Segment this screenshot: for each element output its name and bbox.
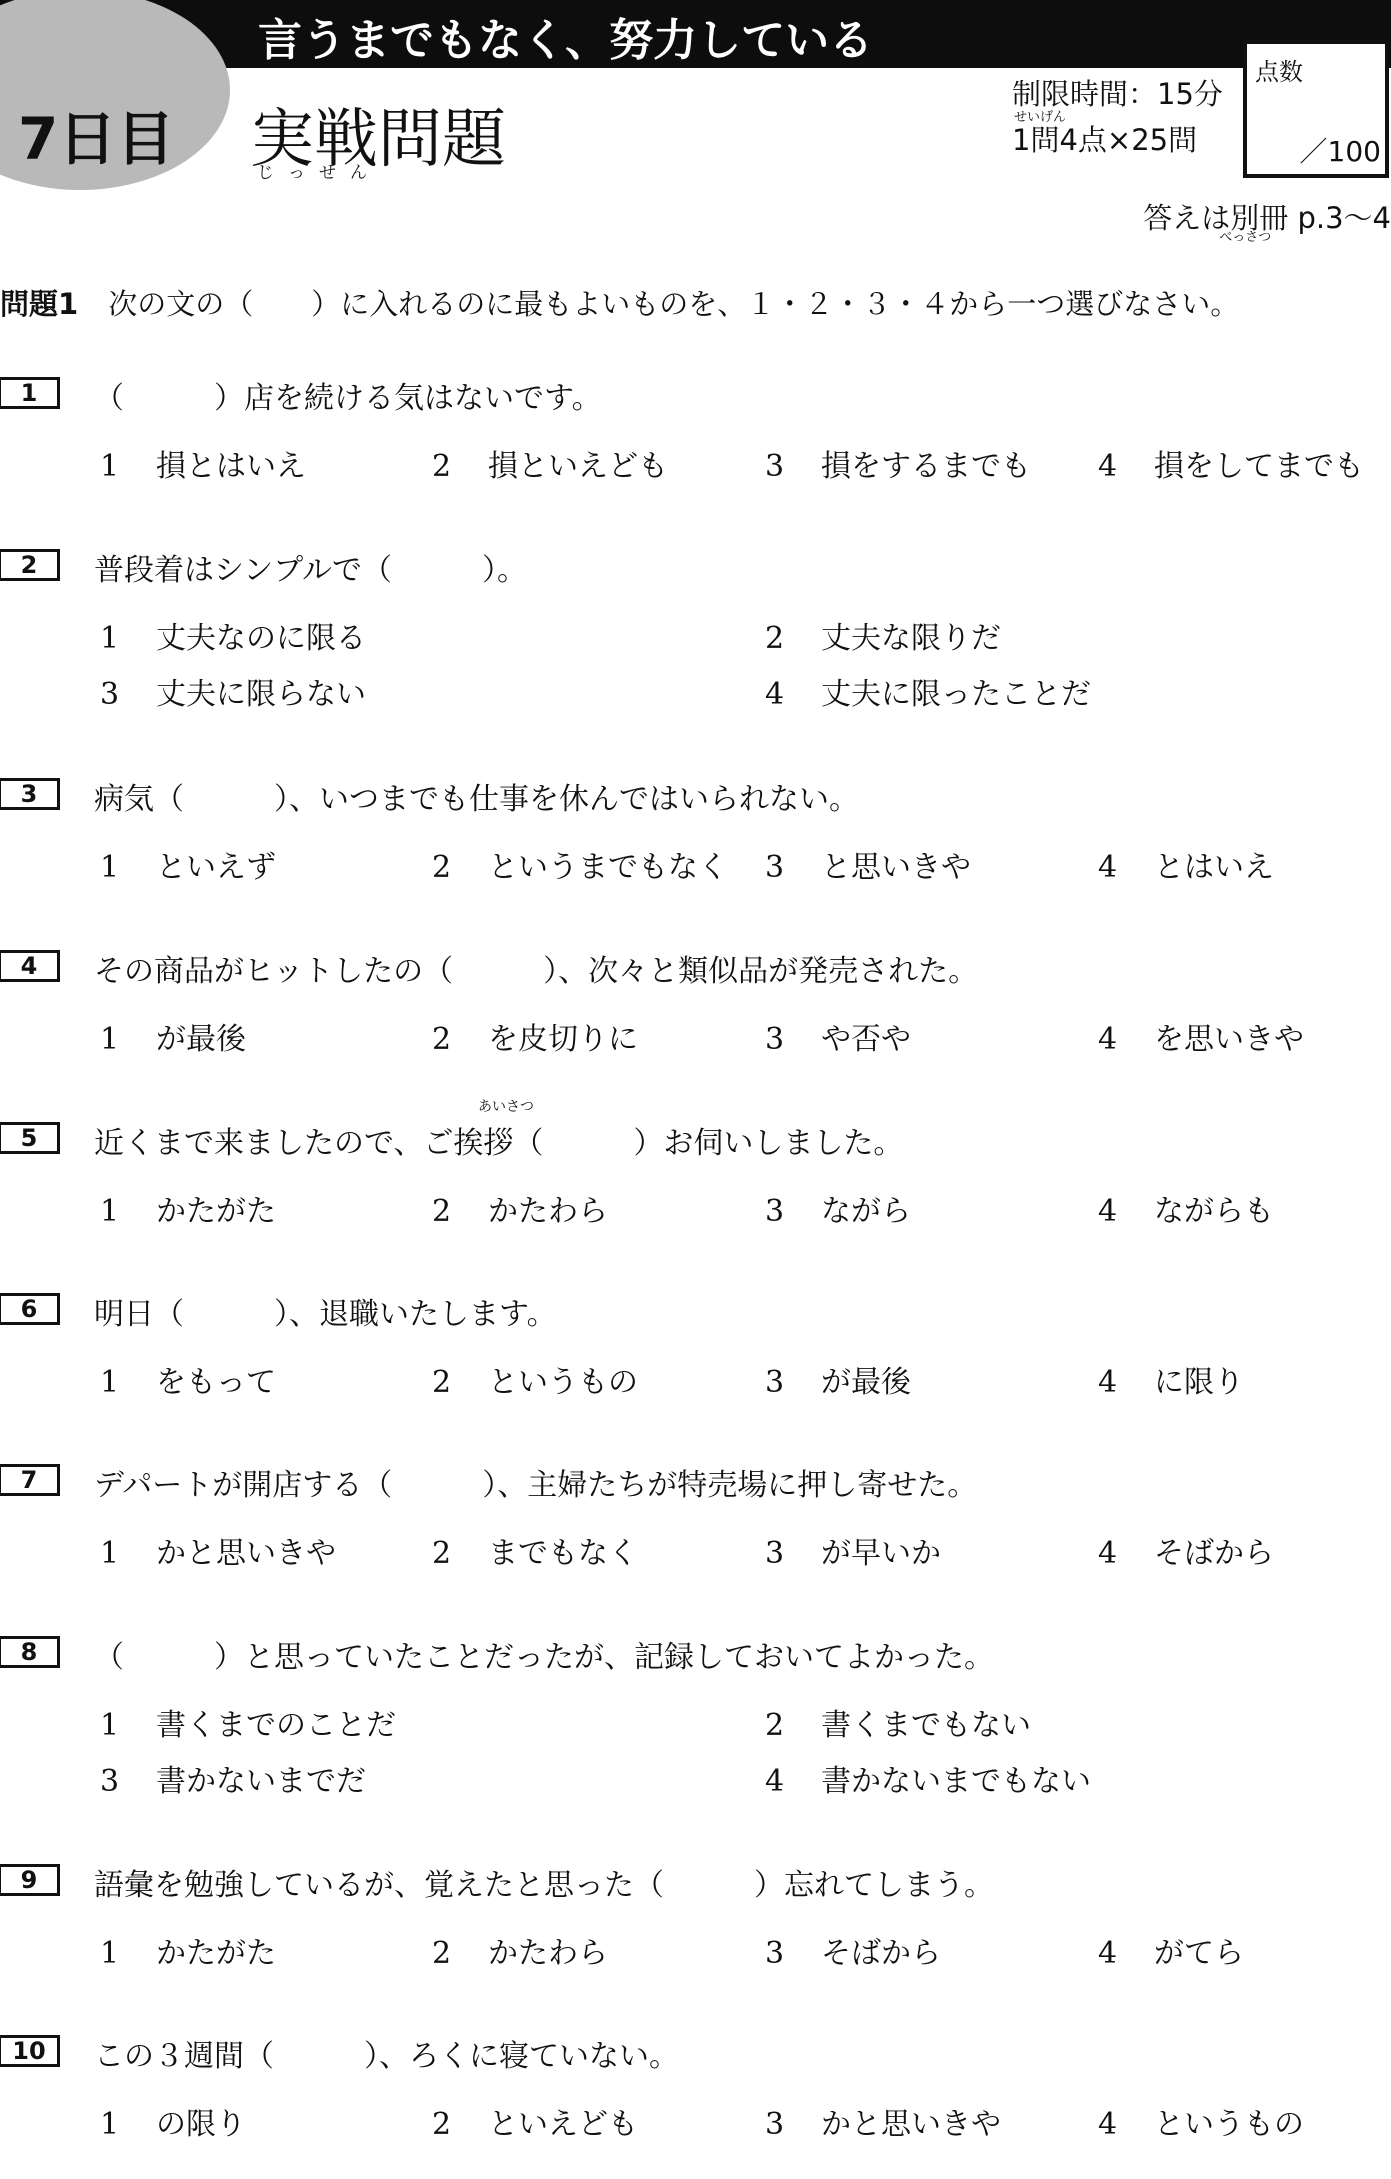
option-4[interactable]: 4損をしてまでも	[1098, 441, 1364, 485]
score-box[interactable]: 点数 ／100	[1243, 40, 1389, 178]
test-rules: 制限時間：15分 せいげん 1問4点×25問	[1012, 80, 1223, 155]
option-2[interactable]: 2というまでもなく	[432, 842, 728, 886]
score-label: 点数	[1255, 52, 1303, 87]
option-2[interactable]: 2までもなく	[432, 1528, 638, 1572]
question-text: 近くまで来ましたので、ご挨拶（ ）お伺いしました。	[94, 1118, 903, 1162]
option-3[interactable]: 3が早いか	[765, 1528, 941, 1572]
question-text: 普段着はシンプルで（ ）。	[94, 545, 527, 589]
chapter-theme: 言うまでもなく、努力している	[258, 4, 873, 68]
section-instruction: 問題1次の文の（ ）に入れるのに最もよいものを、１・２・３・４から一つ選びなさい…	[0, 282, 1239, 323]
option-3[interactable]: 3そばから	[765, 1928, 941, 1972]
option-2[interactable]: 2かたわら	[432, 1186, 608, 1230]
option-3[interactable]: 3が最後	[765, 1357, 911, 1401]
answer-reference-ruby: べっさつ	[1219, 226, 1271, 245]
option-2[interactable]: 2損といえども	[432, 441, 668, 485]
option-3[interactable]: 3や否や	[765, 1014, 911, 1058]
question-number: 9	[0, 1864, 60, 1896]
option-2[interactable]: 2書くまでもない	[765, 1700, 1031, 1744]
option-1[interactable]: 1かと思いきや	[100, 1528, 336, 1572]
section-label: 問題1	[0, 287, 78, 321]
option-1[interactable]: 1書くまでのことだ	[100, 1700, 396, 1744]
question-number: 2	[0, 549, 60, 581]
option-4[interactable]: 4に限り	[1098, 1357, 1244, 1401]
option-2[interactable]: 2というもの	[432, 1357, 638, 1401]
question-text: 語彙を勉強しているが、覚えたと思った（ ）忘れてしまう。	[94, 1860, 994, 1904]
option-4[interactable]: 4そばから	[1098, 1528, 1274, 1572]
option-4[interactable]: 4というもの	[1098, 2099, 1304, 2143]
option-4[interactable]: 4ながらも	[1098, 1186, 1274, 1230]
option-3[interactable]: 3と思いきや	[765, 842, 971, 886]
option-2[interactable]: 2を皮切りに	[432, 1014, 638, 1058]
option-3[interactable]: 3損をするまでも	[765, 441, 1031, 485]
furigana: あいさつ	[478, 1096, 534, 1116]
option-1[interactable]: 1といえず	[100, 842, 276, 886]
option-2[interactable]: 2かたわら	[432, 1928, 608, 1972]
option-2[interactable]: 2丈夫な限りだ	[765, 613, 1001, 657]
option-4[interactable]: 4がてら	[1098, 1928, 1244, 1972]
question-number: 7	[0, 1464, 60, 1496]
option-1[interactable]: 1丈夫なのに限る	[100, 613, 366, 657]
question-number: 5	[0, 1122, 60, 1154]
question-text: （ ）と思っていたことだったが、記録しておいてよかった。	[94, 1632, 994, 1676]
option-1[interactable]: 1が最後	[100, 1014, 246, 1058]
option-3[interactable]: 3書かないまでだ	[100, 1756, 366, 1800]
answer-reference: 答えは別冊 p.3～4 べっさつ	[1143, 196, 1391, 237]
option-4[interactable]: 4書かないまでもない	[765, 1756, 1091, 1800]
question-number: 8	[0, 1636, 60, 1668]
question-number: 10	[0, 2035, 60, 2067]
option-3[interactable]: 3かと思いきや	[765, 2099, 1001, 2143]
time-limit: 制限時間：15分	[1012, 77, 1223, 111]
option-4[interactable]: 4丈夫に限ったことだ	[765, 669, 1091, 713]
points-rule: 1問4点×25問	[1012, 123, 1197, 157]
question-text: デパートが開店する（ ）、主婦たちが特売場に押し寄せた。	[94, 1460, 977, 1504]
option-1[interactable]: 1をもって	[100, 1357, 276, 1401]
day-label: 7日目	[18, 92, 174, 176]
option-1[interactable]: 1かたがた	[100, 1928, 276, 1972]
score-max: ／100	[1300, 130, 1381, 170]
option-1[interactable]: 1の限り	[100, 2099, 246, 2143]
question-number: 4	[0, 950, 60, 982]
question-text: その商品がヒットしたの（ ）、次々と類似品が発売された。	[94, 946, 978, 990]
option-3[interactable]: 3ながら	[765, 1186, 911, 1230]
option-4[interactable]: 4を思いきや	[1098, 1014, 1304, 1058]
question-number: 3	[0, 778, 60, 810]
question-text: この３週間（ ）、ろくに寝ていない。	[94, 2031, 679, 2075]
question-number: 6	[0, 1293, 60, 1325]
instruction-text: 次の文の（ ）に入れるのに最もよいものを、１・２・３・４から一つ選びなさい。	[108, 287, 1239, 321]
question-text: （ ）店を続ける気はないです。	[94, 373, 602, 417]
question-text: 病気（ ）、いつまでも仕事を休んではいられない。	[94, 774, 859, 818]
title-ruby: じっせん	[257, 158, 381, 183]
option-4[interactable]: 4とはいえ	[1098, 842, 1274, 886]
option-1[interactable]: 1損とはいえ	[100, 441, 306, 485]
option-2[interactable]: 2といえども	[432, 2099, 638, 2143]
question-number: 1	[0, 377, 60, 409]
question-text: 明日（ ）、退職いたします。	[94, 1289, 557, 1333]
option-1[interactable]: 1かたがた	[100, 1186, 276, 1230]
option-3[interactable]: 3丈夫に限らない	[100, 669, 366, 713]
